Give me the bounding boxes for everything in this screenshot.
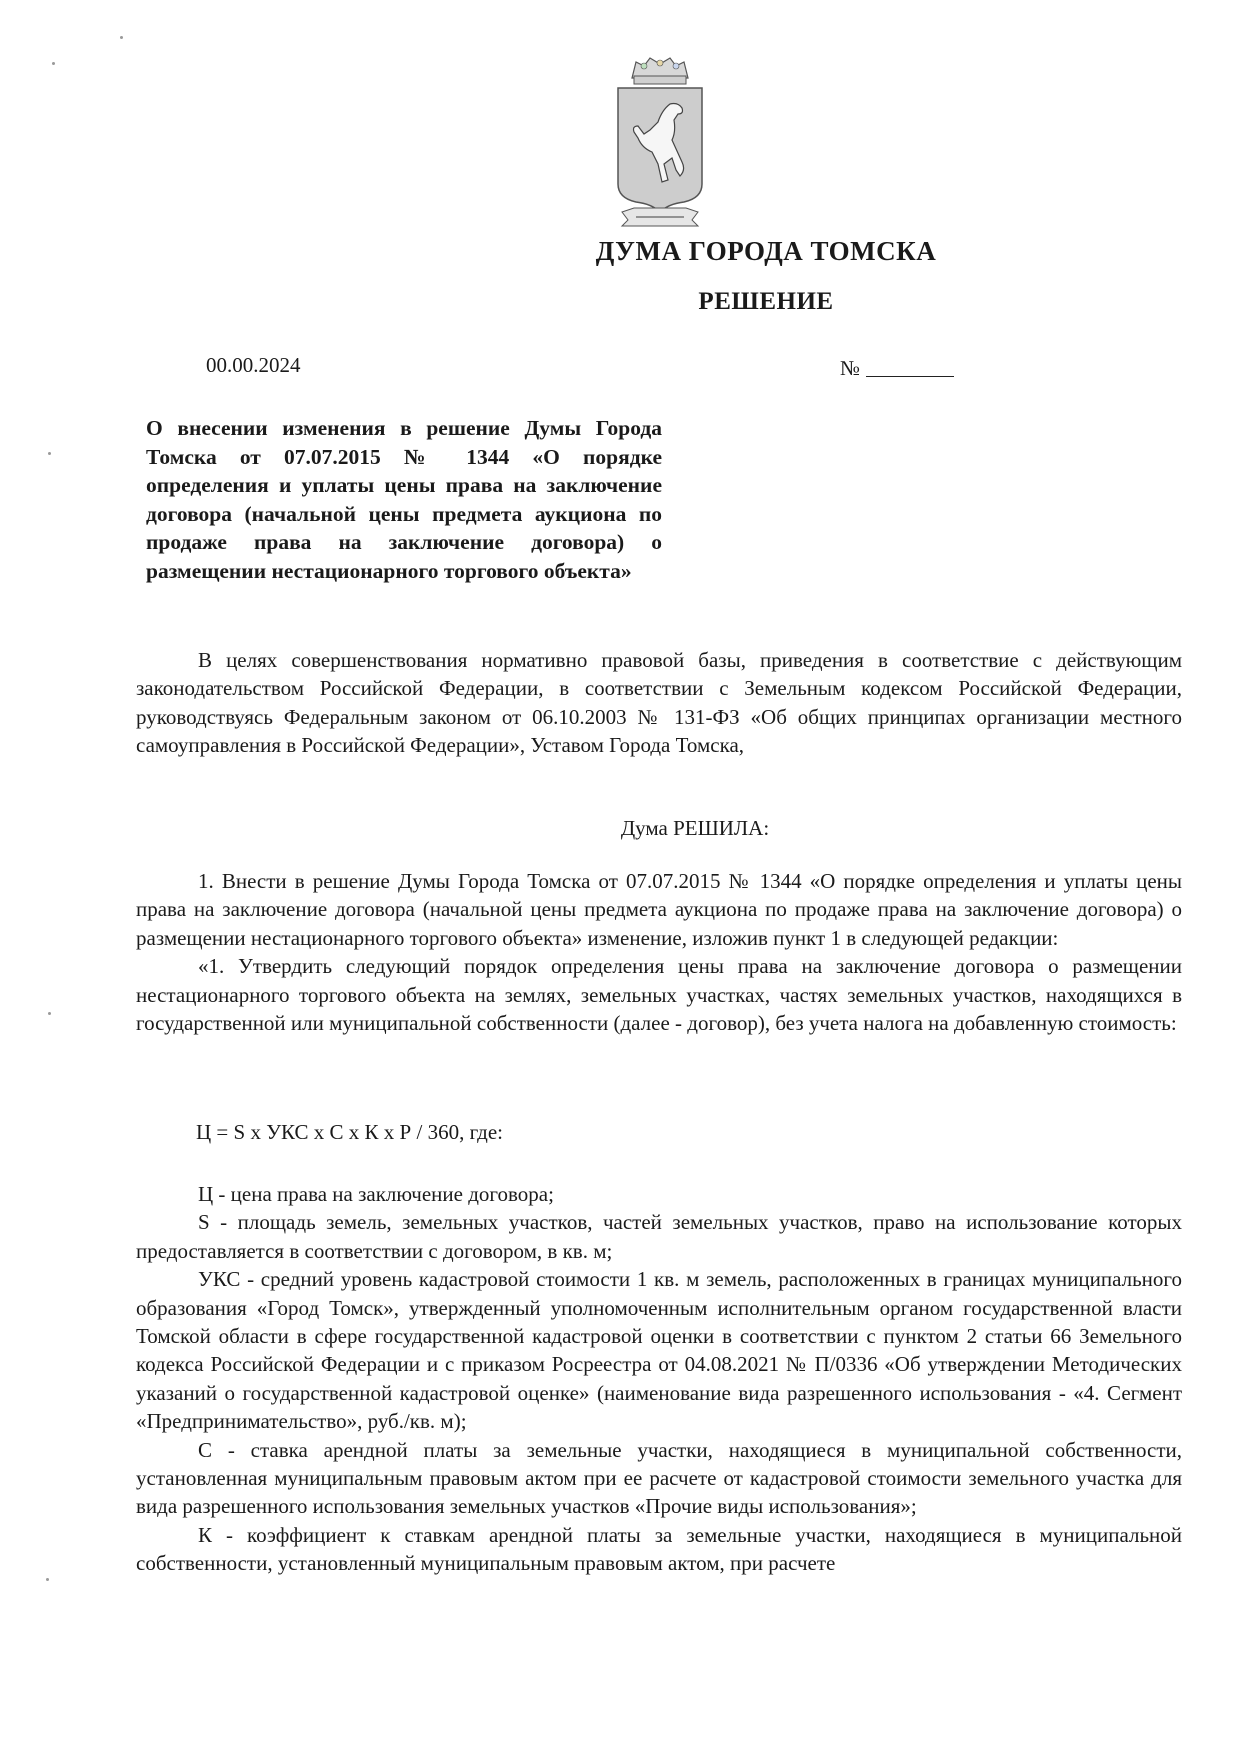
price-formula: Ц = S x УКС x С x К x Р / 360, где: (196, 1120, 503, 1145)
resolution-heading: Дума РЕШИЛА: (0, 816, 1240, 841)
scan-speck (120, 36, 123, 39)
number-label: № (840, 356, 860, 380)
formula-definitions: Ц - цена права на заключение договора; S… (136, 1180, 1182, 1578)
scan-speck (46, 1578, 49, 1581)
document-number: № (840, 356, 954, 381)
resolution-item-1: 1. Внести в решение Думы Города Томска о… (136, 867, 1182, 952)
definition-item: К - коэффициент к ставкам арендной платы… (136, 1521, 1182, 1578)
tomsk-coat-of-arms-icon (612, 52, 708, 227)
scan-speck (48, 452, 51, 455)
document-type-title: РЕШЕНИЕ (146, 288, 1240, 316)
definition-item: УКС - средний уровень кадастровой стоимо… (136, 1265, 1182, 1435)
document-subject: О внесении изменения в решение Думы Горо… (146, 414, 662, 586)
scan-speck (52, 62, 55, 65)
preamble-text: В целях совершенствования нормативно пра… (136, 646, 1182, 760)
definition-item: С - ставка арендной платы за земельные у… (136, 1436, 1182, 1521)
definition-item: S - площадь земель, земельных участков, … (136, 1208, 1182, 1265)
resolution-body: 1. Внести в решение Думы Города Томска о… (136, 867, 1182, 1037)
document-date: 00.00.2024 (206, 353, 301, 378)
document-page: ДУМА ГОРОДА ТОМСКА РЕШЕНИЕ 00.00.2024 № … (0, 0, 1240, 1753)
preamble: В целях совершенствования нормативно пра… (136, 646, 1182, 760)
number-blank-line (866, 376, 954, 377)
definition-item: Ц - цена права на заключение договора; (136, 1180, 1182, 1208)
resolution-item-1-new-wording: «1. Утвердить следующий порядок определе… (136, 952, 1182, 1037)
scan-speck (48, 1012, 51, 1015)
organization-title: ДУМА ГОРОДА ТОМСКА (146, 236, 1240, 267)
